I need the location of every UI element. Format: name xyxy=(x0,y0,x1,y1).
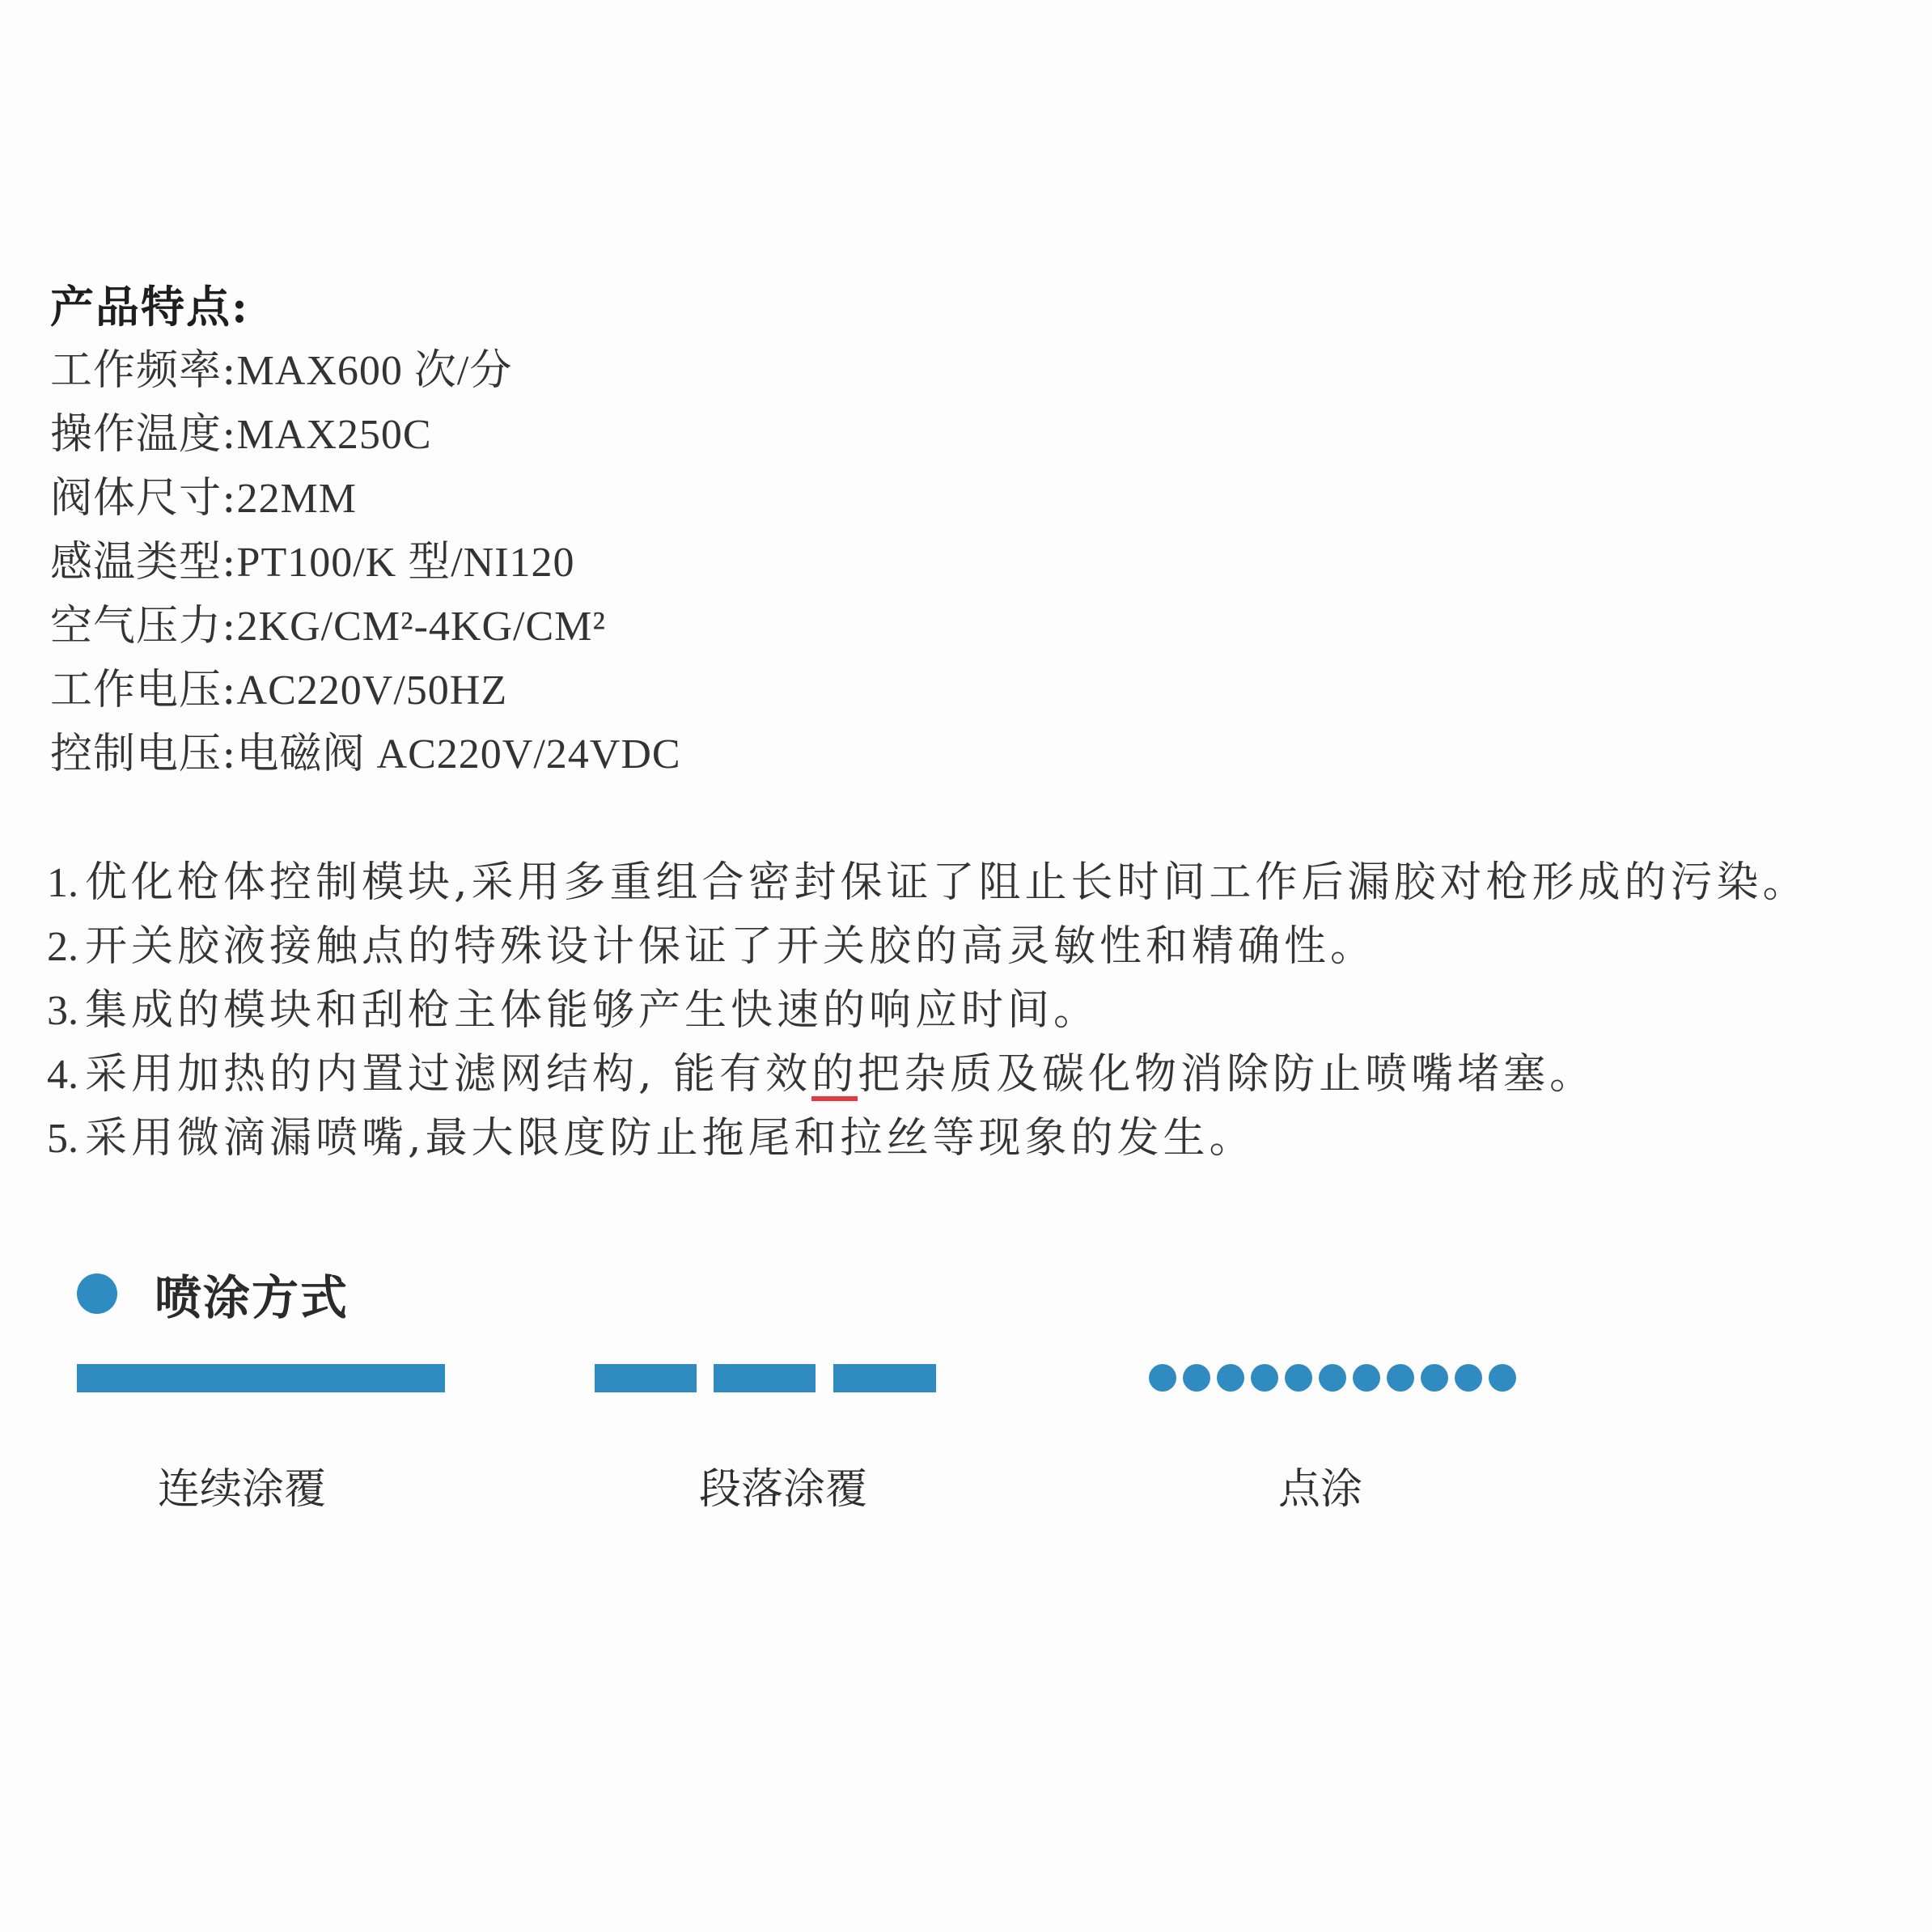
spec-row-air-pressure: 空气压力:2KG/CM²-4KG/CM² xyxy=(50,595,681,659)
spec-separator: : xyxy=(222,410,237,459)
dash-segment-icon xyxy=(714,1364,816,1392)
spec-label: 操作温度 xyxy=(50,410,222,459)
feature-item: 2.开关胶液接触点的特殊设计保证了开关胶的高灵敏性和精确性。 xyxy=(47,915,1809,979)
dot-coating-pattern-icon xyxy=(1149,1364,1518,1392)
bullet-dot-icon xyxy=(77,1273,117,1314)
spec-value: PT100/K 型/NI120 xyxy=(237,540,575,586)
dot-icon xyxy=(1387,1364,1414,1392)
spec-value: 2KG/CM²-4KG/CM² xyxy=(237,604,606,650)
spec-value: 电磁阀 AC220V/24VDC xyxy=(237,731,681,777)
method-label-dot: 点涂 xyxy=(1278,1461,1362,1518)
method-label-segment: 段落涂覆 xyxy=(699,1461,867,1518)
continuous-coating-pattern-icon xyxy=(77,1364,445,1392)
dot-icon xyxy=(1455,1364,1482,1392)
dot-icon xyxy=(1217,1364,1244,1392)
spellcheck-underlined-word: 的 xyxy=(811,1050,858,1099)
feature-item: 3.集成的模块和刮枪主体能够产生快速的响应时间。 xyxy=(47,979,1809,1043)
spec-separator: : xyxy=(222,474,237,523)
specs-title: 产品特点: xyxy=(50,275,681,339)
spec-separator: : xyxy=(222,346,237,395)
feature-item: 1.优化枪体控制模块,采用多重组合密封保证了阻止长时间工作后漏胶对枪形成的污染。 xyxy=(47,851,1809,915)
feature-item: 5.采用微滴漏喷嘴,最大限度防止拖尾和拉丝等现象的发生。 xyxy=(47,1107,1809,1171)
dash-segment-icon xyxy=(595,1364,697,1392)
spec-value: AC220V/50HZ xyxy=(237,667,508,714)
segment-coating-pattern-icon xyxy=(595,1364,936,1392)
feature-number: 4. xyxy=(47,1052,78,1098)
spec-label: 感温类型 xyxy=(50,538,222,587)
spec-value: MAX600 次/分 xyxy=(237,348,513,394)
feature-number: 2. xyxy=(47,924,78,970)
dot-icon xyxy=(1183,1364,1210,1392)
feature-text: 把杂质及碳化物消除防止喷嘴堵塞。 xyxy=(858,1050,1595,1099)
feature-number: 1. xyxy=(47,860,78,906)
spec-label: 控制电压 xyxy=(50,730,222,778)
solid-line-icon xyxy=(77,1364,445,1392)
dot-icon xyxy=(1319,1364,1346,1392)
spec-value: MAX250C xyxy=(237,412,432,458)
spec-row-frequency: 工作频率:MAX600 次/分 xyxy=(50,339,681,403)
feature-text: 集成的模块和刮枪主体能够产生快速的响应时间。 xyxy=(85,986,1099,1035)
dot-icon xyxy=(1149,1364,1176,1392)
feature-text: 开关胶液接触点的特殊设计保证了开关胶的高灵敏性和精确性。 xyxy=(85,922,1376,971)
spec-row-control-voltage: 控制电压:电磁阀 AC220V/24VDC xyxy=(50,722,681,786)
spec-separator: : xyxy=(222,666,237,714)
spec-row-valve-size: 阀体尺寸:22MM xyxy=(50,467,681,531)
dash-segment-icon xyxy=(833,1364,936,1392)
spec-row-sensor-type: 感温类型:PT100/K 型/NI120 xyxy=(50,531,681,595)
feature-list: 1.优化枪体控制模块,采用多重组合密封保证了阻止长时间工作后漏胶对枪形成的污染。… xyxy=(47,851,1809,1171)
spec-label: 工作频率 xyxy=(50,346,222,395)
spec-label: 工作电压 xyxy=(50,666,222,714)
feature-item: 4.采用加热的内置过滤网结构, 能有效的把杂质及碳化物消除防止喷嘴堵塞。 xyxy=(47,1043,1809,1107)
dot-icon xyxy=(1353,1364,1380,1392)
spray-method-header: 喷涂方式 xyxy=(77,1267,349,1320)
dot-icon xyxy=(1421,1364,1448,1392)
section-title: 喷涂方式 xyxy=(155,1260,349,1328)
feature-number: 5. xyxy=(47,1116,78,1162)
dot-icon xyxy=(1285,1364,1312,1392)
spec-separator: : xyxy=(222,538,237,587)
spec-row-working-voltage: 工作电压:AC220V/50HZ xyxy=(50,659,681,722)
method-label-continuous: 连续涂覆 xyxy=(158,1461,326,1518)
spec-separator: : xyxy=(222,602,237,650)
spec-label: 阀体尺寸 xyxy=(50,474,222,523)
feature-number: 3. xyxy=(47,988,78,1034)
feature-text: 采用加热的内置过滤网结构, 能有效 xyxy=(85,1050,811,1099)
spec-row-temperature: 操作温度:MAX250C xyxy=(50,403,681,467)
dot-icon xyxy=(1489,1364,1516,1392)
feature-text: 采用微滴漏喷嘴,最大限度防止拖尾和拉丝等现象的发生。 xyxy=(85,1114,1256,1163)
dot-icon xyxy=(1251,1364,1278,1392)
spec-separator: : xyxy=(222,730,237,778)
spec-value: 22MM xyxy=(237,476,357,522)
spec-label: 空气压力 xyxy=(50,602,222,650)
feature-text: 优化枪体控制模块,采用多重组合密封保证了阻止长时间工作后漏胶对枪形成的污染。 xyxy=(85,858,1809,907)
product-specs: 产品特点: 工作频率:MAX600 次/分 操作温度:MAX250C 阀体尺寸:… xyxy=(50,275,681,786)
